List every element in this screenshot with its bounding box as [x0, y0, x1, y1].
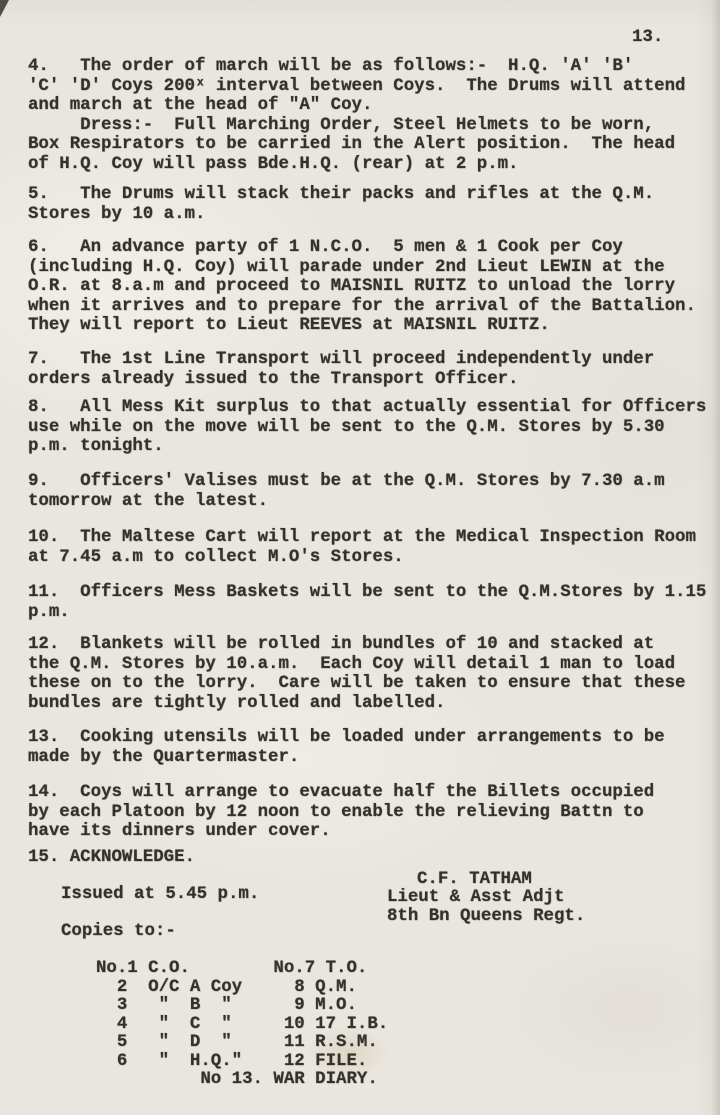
paragraph-12-blankets: 12. Blankets will be rolled in bundles o…: [28, 635, 685, 713]
signature-unit: 8th Bn Queens Regt.: [387, 907, 585, 927]
paragraph-13-cooking-utensils: 13. Cooking utensils will be loaded unde…: [28, 728, 665, 767]
copies-to-label: Copies to:-: [61, 922, 176, 942]
paragraph-15-acknowledge: 15. ACKNOWLEDGE.: [28, 848, 195, 868]
paragraph-4-order-of-march: 4. The order of march will be as follows…: [28, 57, 685, 174]
paragraph-5-drums-packs: 5. The Drums will stack their packs and …: [28, 185, 654, 224]
page-number: 13.: [632, 28, 663, 48]
issued-time-line: Issued at 5.45 p.m.: [61, 885, 259, 905]
signature-name: C.F. TATHAM: [417, 870, 532, 890]
scan-corner-mark: [0, 0, 9, 17]
signature-rank: Lieut & Asst Adjt: [387, 888, 564, 908]
scanned-document-page: 13. 4. The order of march will be as fol…: [0, 0, 720, 1115]
paragraph-8-mess-kit: 8. All Mess Kit surplus to that actually…: [28, 398, 706, 457]
paragraph-11-mess-baskets: 11. Officers Mess Baskets will be sent t…: [28, 583, 706, 622]
paragraph-6-advance-party: 6. An advance party of 1 N.C.O. 5 men & …: [28, 238, 696, 336]
paragraph-9-officers-valises: 9. Officers' Valises must be at the Q.M.…: [28, 472, 665, 511]
distribution-list: No.1 C.O. No.7 T.O. 2 O/C A Coy 8 Q.M. 3…: [96, 960, 388, 1090]
paragraph-7-line-transport: 7. The 1st Line Transport will proceed i…: [28, 350, 654, 389]
paragraph-14-evacuate-billets: 14. Coys will arrange to evacuate half t…: [28, 783, 654, 842]
paragraph-10-maltese-cart: 10. The Maltese Cart will report at the …: [28, 528, 696, 567]
